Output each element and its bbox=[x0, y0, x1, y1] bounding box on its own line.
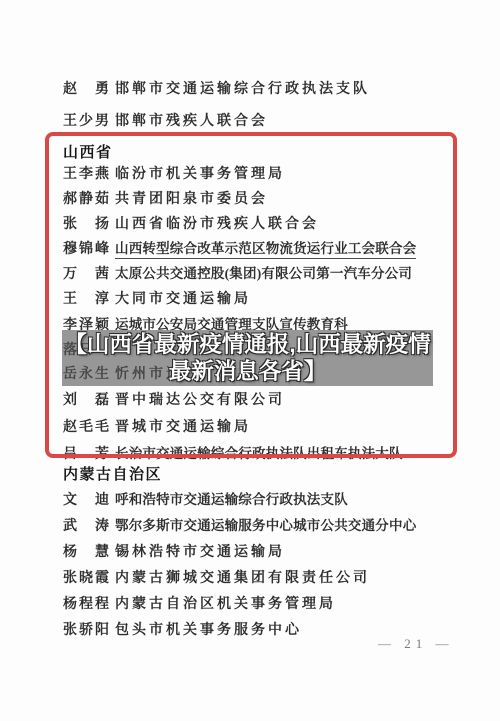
table-row: 文 迪 呼和浩特市交通运输综合行政执法支队 bbox=[63, 488, 348, 509]
org-cell: 鄂尔多斯市交通运输服务中心城市公共交通分中心 bbox=[115, 514, 416, 534]
org-cell: 内蒙古狮城交通集团有限责任公司 bbox=[115, 567, 370, 587]
name-cell: 杨程程 bbox=[63, 593, 115, 613]
highlight-box-shanxi bbox=[45, 132, 457, 458]
table-row: 张晓霞 内蒙古狮城交通集团有限责任公司 bbox=[63, 567, 370, 587]
name-cell: 赵 勇 bbox=[63, 78, 115, 98]
name-cell: 王少男 bbox=[63, 110, 115, 130]
scanned-document-page: 赵 勇 邯郸市交通运输综合行政执法支队 王少男 邯郸市残疾人联合会 山西省 王李… bbox=[0, 0, 500, 721]
table-row: 杨程程 内蒙古自治区机关事务管理局 bbox=[63, 593, 336, 613]
org-cell: 内蒙古自治区机关事务管理局 bbox=[115, 593, 336, 613]
table-row: 杨 慧 锡林浩特市交通运输局 bbox=[63, 541, 285, 561]
org-cell: 呼和浩特市交通运输综合行政执法支队 bbox=[115, 488, 348, 508]
watermark-caption-line2: 最新消息各省】 bbox=[169, 358, 327, 385]
name-cell: 张晓霞 bbox=[63, 567, 115, 587]
name-cell: 武 涛 bbox=[63, 515, 115, 535]
name-cell: 文 迪 bbox=[63, 489, 115, 509]
table-row: 武 涛 鄂尔多斯市交通运输服务中心城市公共交通分中心 bbox=[63, 514, 416, 535]
name-cell: 张骄阳 bbox=[63, 619, 115, 639]
section-title-neimenggu: 内蒙古自治区 bbox=[63, 463, 162, 484]
org-cell: 邯郸市交通运输综合行政执法支队 bbox=[115, 78, 370, 98]
page-number: — 21 — bbox=[378, 636, 454, 652]
table-row: 赵 勇 邯郸市交通运输综合行政执法支队 bbox=[63, 78, 370, 98]
watermark-caption-line1: 【山西省最新疫情通报,山西最新疫情 bbox=[64, 331, 430, 358]
org-cell: 邯郸市残疾人联合会 bbox=[115, 110, 268, 130]
org-cell: 包头市机关事务服务中心 bbox=[115, 619, 302, 639]
table-row: 张骄阳 包头市机关事务服务中心 bbox=[63, 619, 302, 639]
watermark-caption: 【山西省最新疫情通报,山西最新疫情 最新消息各省】 bbox=[62, 330, 433, 386]
table-row: 王少男 邯郸市残疾人联合会 bbox=[63, 110, 268, 130]
name-cell: 杨 慧 bbox=[63, 541, 115, 561]
org-cell: 锡林浩特市交通运输局 bbox=[115, 541, 285, 561]
